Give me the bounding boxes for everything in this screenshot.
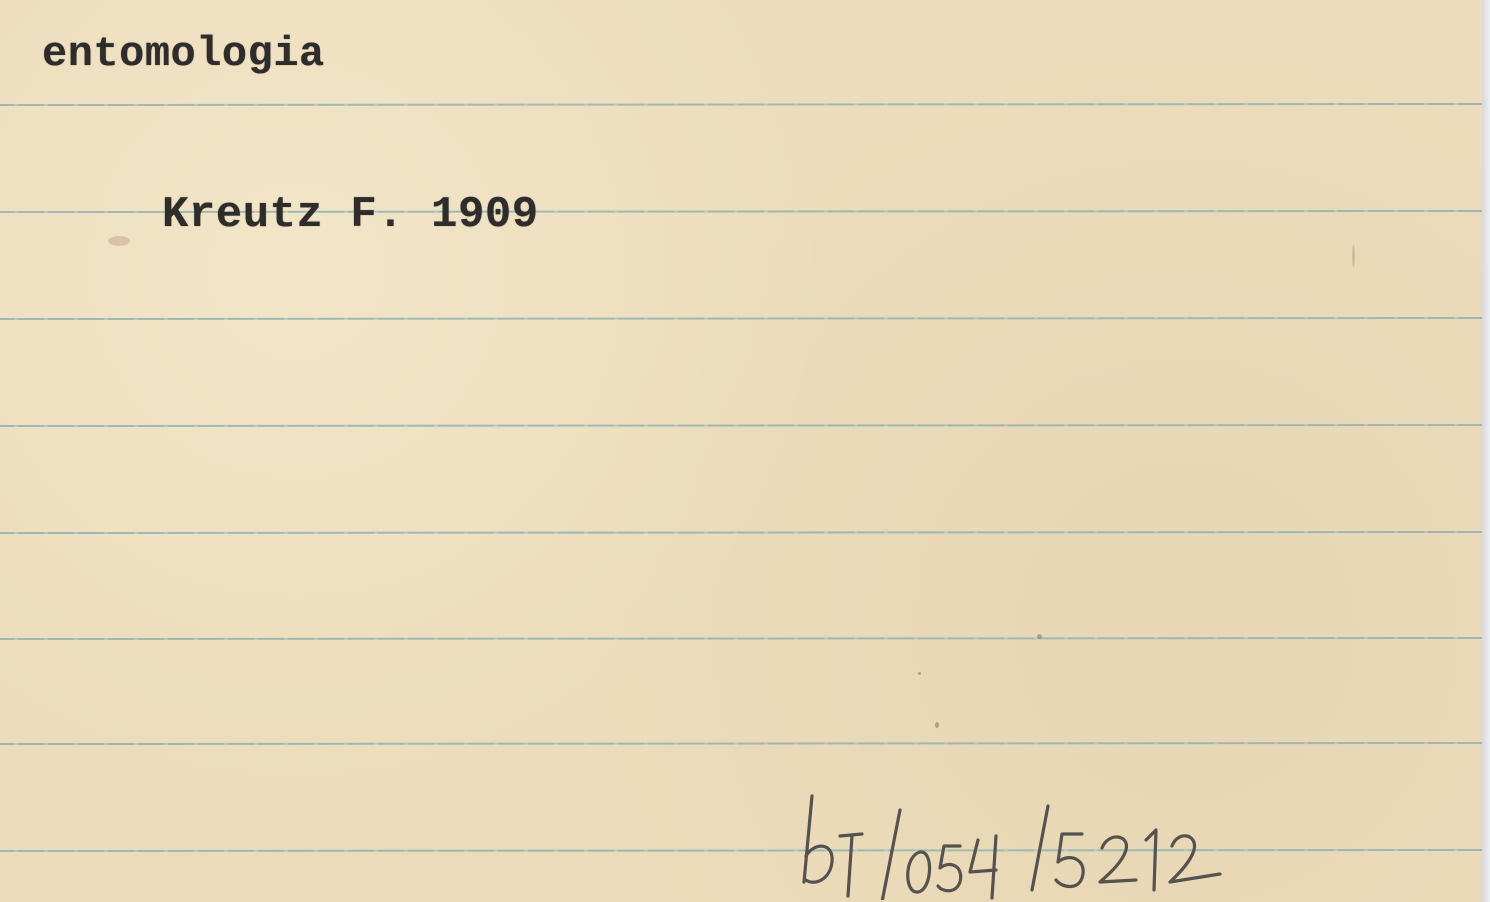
paper-speck — [1037, 634, 1042, 639]
rule-line — [0, 531, 1482, 534]
subject-heading: entomologia — [42, 30, 325, 78]
rule-line — [0, 103, 1482, 106]
call-number-handwritten: bT/054/5212 — [800, 790, 1240, 900]
rule-line — [0, 742, 1482, 745]
rule-line — [0, 849, 1482, 852]
paper-speck — [918, 672, 921, 675]
paper-speck — [1352, 245, 1355, 267]
catalog-card: entomologia Kreutz F. 1909 bT/054/5212 — [0, 0, 1482, 902]
paper-speck — [108, 236, 130, 246]
call-number-strokes — [800, 790, 1240, 900]
rule-line — [0, 424, 1482, 427]
scan-edge — [1482, 0, 1490, 902]
author-entry: Kreutz F. 1909 — [162, 190, 539, 240]
paper-speck — [935, 722, 939, 728]
rule-line — [0, 317, 1482, 320]
rule-line — [0, 637, 1482, 640]
